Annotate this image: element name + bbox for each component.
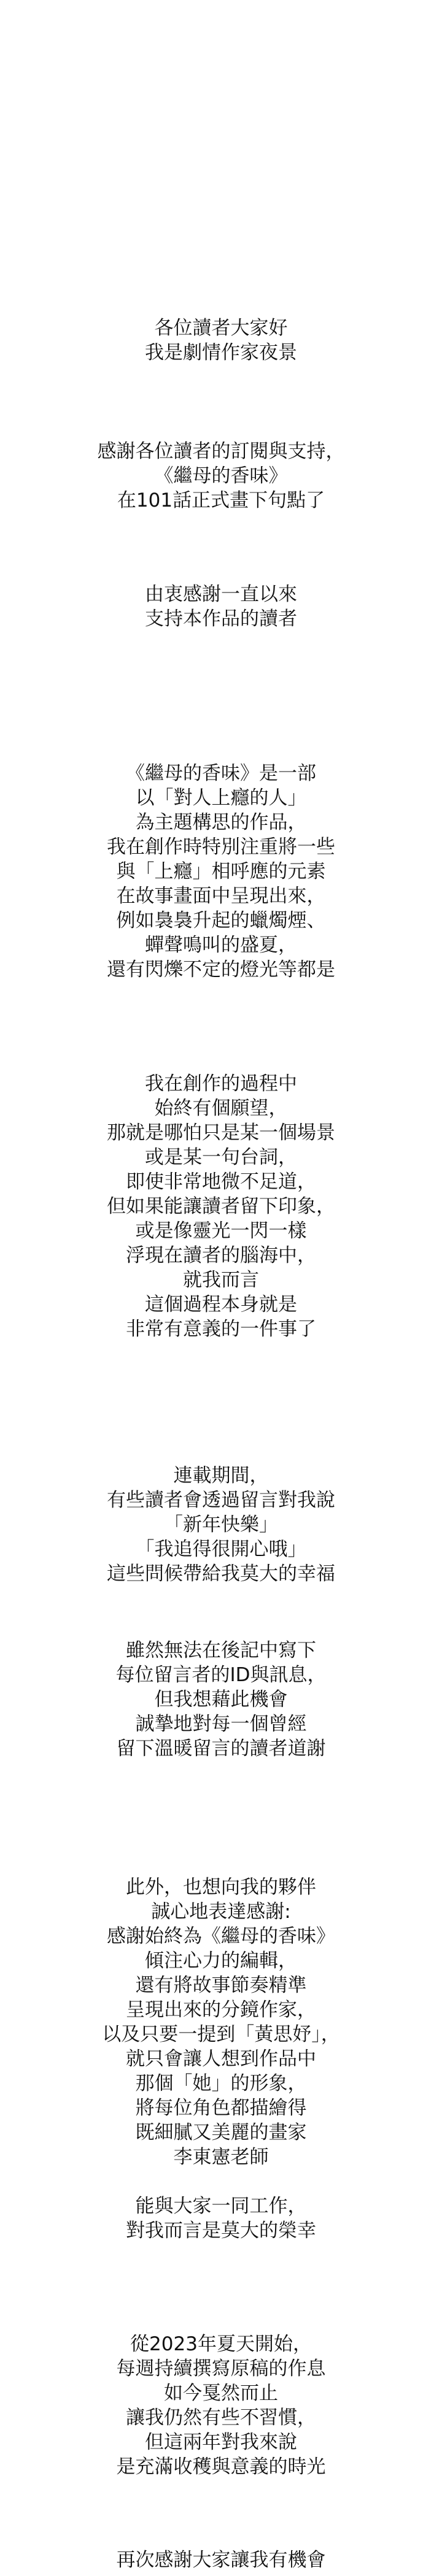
text-line: 這個過程本身就是 xyxy=(0,1292,442,1317)
paragraph-wish: 我在創作的過程中始終有個願望，那就是哪怕只是某一個場景或是某一句台詞，即使非常地… xyxy=(0,1071,442,1341)
paragraph-since-2023: 從2023年夏天開始，每週持續撰寫原稿的作息如今戛然而止讓我仍然有些不習慣，但這… xyxy=(0,2332,442,2479)
text-line: 在故事畫面中呈現出來， xyxy=(0,884,442,908)
text-line: 是充滿收穫與意義的時光 xyxy=(0,2455,442,2479)
paragraph-comments: 連載期間，有些讀者會透過留言對我說「新年快樂」「我追得很開心哦」這些問候帶給我莫… xyxy=(0,1463,442,1586)
paragraph-honor: 能與大家一同工作，對我而言是莫大的榮幸 xyxy=(0,2194,442,2243)
text-line: 為主題構思的作品， xyxy=(0,810,442,835)
paragraph-thanks-subscription: 感謝各位讀者的訂閱與支持，《繼母的香味》在101話正式畫下句點了 xyxy=(0,439,442,513)
text-line: 就我而言 xyxy=(0,1268,442,1292)
text-line: 「新年快樂」 xyxy=(0,1512,442,1537)
text-line: 還有閃爍不定的燈光等都是 xyxy=(0,957,442,982)
text-line: 有些讀者會透過留言對我說 xyxy=(0,1488,442,1512)
text-line: 將每位角色都描繪得 xyxy=(0,2096,442,2120)
paragraph-final-thanks: 再次感謝大家讓我有機會 xyxy=(0,2548,442,2572)
text-line: 浮現在讀者的腦海中， xyxy=(0,1243,442,1268)
text-line: 由衷感謝一直以來 xyxy=(0,582,442,607)
text-line: 能與大家一同工作， xyxy=(0,2194,442,2218)
text-line: 例如裊裊升起的蠟燭煙、 xyxy=(0,908,442,933)
text-line: 對我而言是莫大的榮幸 xyxy=(0,2218,442,2243)
text-line: 連載期間， xyxy=(0,1463,442,1488)
text-line: 從2023年夏天開始， xyxy=(0,2332,442,2356)
text-line: 但如果能讓讀者留下印象， xyxy=(0,1194,442,1219)
text-line: 那就是哪怕只是某一個場景 xyxy=(0,1121,442,1145)
text-line: 但這兩年對我來說 xyxy=(0,2430,442,2455)
text-line: 支持本作品的讀者 xyxy=(0,607,442,631)
text-line: 就只會讓人想到作品中 xyxy=(0,2047,442,2071)
text-line: 讓我仍然有些不習慣， xyxy=(0,2405,442,2430)
text-line: 與「上癮」相呼應的元素 xyxy=(0,859,442,884)
text-line: 各位讀者大家好 xyxy=(0,316,442,340)
text-line: 以及只要一提到「黃思妤」， xyxy=(0,2022,442,2047)
text-line: 雖然無法在後記中寫下 xyxy=(0,1638,442,1663)
text-line: 或是像靈光一閃一樣 xyxy=(0,1219,442,1243)
text-line: 既細膩又美麗的畫家 xyxy=(0,2120,442,2145)
text-line: 還有將故事節奏精準 xyxy=(0,1973,442,1998)
text-line: 我在創作時特別注重將一些 xyxy=(0,835,442,859)
paragraph-greeting: 各位讀者大家好我是劇情作家夜景 xyxy=(0,316,442,365)
text-line: 以「對人上癮的人」 xyxy=(0,786,442,810)
text-line: 每位留言者的ID與訊息， xyxy=(0,1663,442,1687)
text-line: 感謝各位讀者的訂閱與支持， xyxy=(0,439,442,464)
text-line: 我在創作的過程中 xyxy=(0,1071,442,1096)
text-line: 即使非常地微不足道， xyxy=(0,1170,442,1194)
text-line: 傾注心力的編輯， xyxy=(0,1949,442,1973)
text-line: 始終有個願望， xyxy=(0,1096,442,1121)
text-line: 呈現出來的分鏡作家， xyxy=(0,1998,442,2022)
text-line: 「我追得很開心哦」 xyxy=(0,1537,442,1562)
text-line: 在101話正式畫下句點了 xyxy=(0,488,442,513)
paragraph-apology-thanks: 雖然無法在後記中寫下每位留言者的ID與訊息，但我想藉此機會誠摯地對每一個曾經留下… xyxy=(0,1638,442,1761)
paragraph-thanks-readers: 由衷感謝一直以來支持本作品的讀者 xyxy=(0,582,442,631)
text-line: 蟬聲鳴叫的盛夏， xyxy=(0,933,442,957)
text-line: 或是某一句台詞， xyxy=(0,1145,442,1170)
text-line: 《繼母的香味》 xyxy=(0,464,442,488)
text-line: 我是劇情作家夜景 xyxy=(0,340,442,365)
afterword-page: 各位讀者大家好我是劇情作家夜景 感謝各位讀者的訂閱與支持，《繼母的香味》在101… xyxy=(0,0,442,2576)
text-line: 如今戛然而止 xyxy=(0,2381,442,2405)
text-line: 那個「她」的形象， xyxy=(0,2071,442,2096)
text-line: 每週持續撰寫原稿的作息 xyxy=(0,2356,442,2381)
text-line: 留下溫暖留言的讀者道謝 xyxy=(0,1736,442,1761)
text-line: 《繼母的香味》是一部 xyxy=(0,761,442,786)
paragraph-theme: 《繼母的香味》是一部以「對人上癮的人」為主題構思的作品，我在創作時特別注重將一些… xyxy=(0,761,442,982)
text-line: 再次感謝大家讓我有機會 xyxy=(0,2548,442,2572)
text-line: 誠心地表達感謝: xyxy=(0,1899,442,1924)
text-line: 感謝始終為《繼母的香味》 xyxy=(0,1924,442,1949)
text-line: 這些問候帶給我莫大的幸福 xyxy=(0,1562,442,1586)
text-line: 李東憲老師 xyxy=(0,2145,442,2169)
paragraph-partners: 此外，也想向我的夥伴誠心地表達感謝:感謝始終為《繼母的香味》傾注心力的編輯，還有… xyxy=(0,1875,442,2169)
text-line: 但我想藉此機會 xyxy=(0,1687,442,1712)
text-line: 非常有意義的一件事了 xyxy=(0,1317,442,1341)
text-line: 此外，也想向我的夥伴 xyxy=(0,1875,442,1899)
text-line: 誠摯地對每一個曾經 xyxy=(0,1712,442,1736)
